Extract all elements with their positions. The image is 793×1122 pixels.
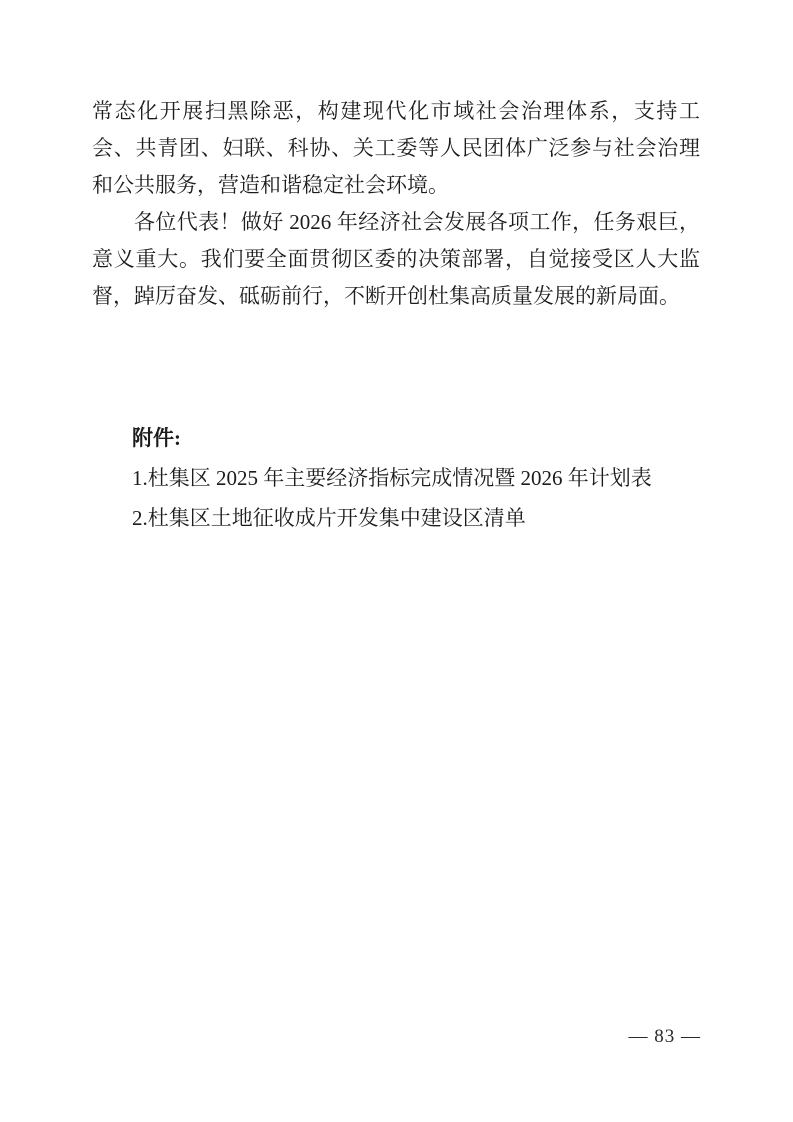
attachment-item-1: 1.杜集区 2025 年主要经济指标完成情况暨 2026 年计划表 bbox=[132, 458, 700, 498]
attachments-section: 附件: 1.杜集区 2025 年主要经济指标完成情况暨 2026 年计划表 2.… bbox=[92, 418, 700, 538]
paragraph-closing: 各位代表！做好 2026 年经济社会发展各项工作，任务艰巨，意义重大。我们要全面… bbox=[92, 204, 700, 315]
document-page: 常态化开展扫黑除恶，构建现代化市域社会治理体系，支持工会、共青团、妇联、科协、关… bbox=[0, 0, 793, 1122]
attachments-label: 附件: bbox=[132, 418, 700, 458]
paragraph-continuation: 常态化开展扫黑除恶，构建现代化市域社会治理体系，支持工会、共青团、妇联、科协、关… bbox=[92, 93, 700, 204]
page-number: — 83 — bbox=[629, 1026, 702, 1048]
attachment-item-2: 2.杜集区土地征收成片开发集中建设区清单 bbox=[132, 498, 700, 538]
body-text: 常态化开展扫黑除恶，构建现代化市域社会治理体系，支持工会、共青团、妇联、科协、关… bbox=[92, 93, 700, 315]
